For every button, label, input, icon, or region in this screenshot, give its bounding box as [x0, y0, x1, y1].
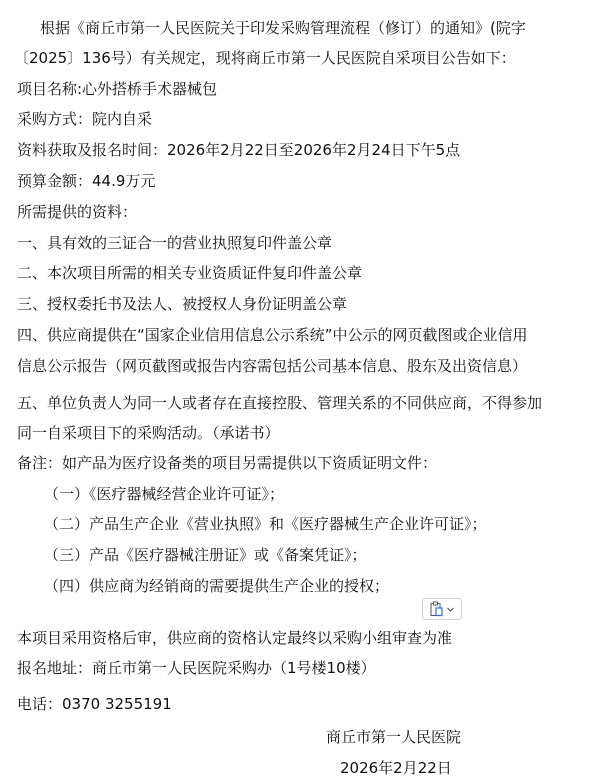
note-item-4: （四）供应商为经销商的需要提供生产企业的授权；: [44, 576, 389, 596]
chevron-down-icon: [447, 607, 454, 612]
note-item-1: （一）《医疗器械经营企业许可证》；: [44, 484, 284, 504]
project-name: 项目名称:心外搭桥手术器械包: [17, 79, 217, 99]
note-heading: 备注：如产品为医疗设备类的项目另需提供以下资质证明文件：: [17, 453, 437, 473]
budget: 预算金额：44.9万元: [17, 171, 155, 191]
registration-address: 报名地址：商丘市第一人民医院采购办（1号楼10楼）: [17, 658, 376, 678]
registration-time: 资料获取及报名时间：2026年2月22日至2026年2月24日下午5点: [17, 140, 460, 160]
note-item-2: （二）产品生产企业《营业执照》和《医疗器械生产企业许可证》；: [44, 514, 487, 534]
clipboard-icon: [430, 601, 444, 617]
material-item-3: 三、授权委托书及法人、被授权人身份证明盖公章: [17, 294, 347, 314]
material-item-1: 一、具有效的三证合一的营业执照复印件盖公章: [17, 233, 332, 253]
phone: 电话：0370 3255191: [17, 694, 172, 714]
note-item-3: （三）产品《医疗器械注册证》或《备案凭证》；: [44, 545, 367, 565]
procurement-method: 采购方式：院内自采: [17, 109, 152, 129]
material-item-2: 二、本次项目所需的相关专业资质证件复印件盖公章: [17, 263, 362, 283]
intro-line-1: 根据《商丘市第一人民医院关于印发采购管理流程（修订）的通知》(院字: [40, 18, 526, 38]
material-item-4-cont: 信息公示报告（网页截图或报告内容需包括公司基本信息、股东及出资信息）: [17, 356, 527, 376]
material-item-5-cont: 同一自采项目下的采购活动。（承诺书）: [17, 423, 280, 443]
paste-options-button[interactable]: [422, 598, 462, 620]
signature-date: 2026年2月22日: [340, 758, 452, 778]
material-item-5: 五、单位负责人为同一人或者存在直接控股、管理关系的不同供应商，不得参加: [17, 393, 542, 413]
signature: 商丘市第一人民医院: [326, 727, 461, 747]
qualification-review: 本项目采用资格后审，供应商的资格认定最终以采购小组审查为准: [17, 628, 452, 648]
intro-line-2: 〔2025〕136号）有关规定，现将商丘市第一人民医院自采项目公告如下：: [14, 48, 516, 68]
material-item-4: 四、供应商提供在“国家企业信用信息公示系统”中公示的网页截图或企业信用: [17, 325, 528, 345]
materials-heading: 所需提供的资料：: [17, 202, 137, 222]
